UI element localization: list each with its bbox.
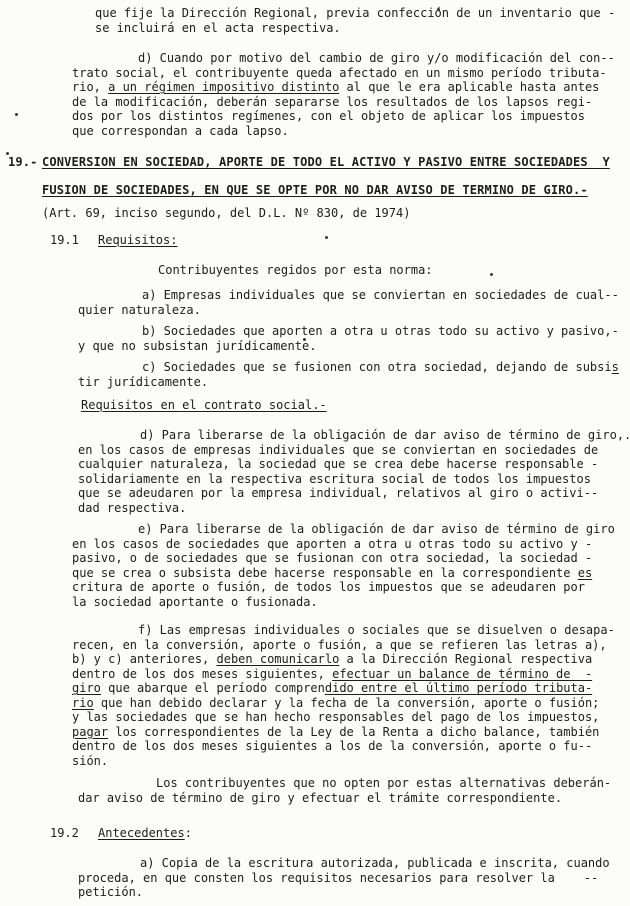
text-line: sión.: [72, 754, 615, 769]
subsection-19-2-heading: 19.2Antecedentes:: [98, 826, 192, 841]
text-line: en los casos de sociedades que aporten a…: [72, 537, 615, 552]
subsection-19-1-heading-number: 19.1: [50, 233, 79, 248]
scan-artifact: [325, 236, 328, 239]
text-line: que se adeudaren por la empresa individu…: [78, 486, 630, 501]
para-contribuyentes-regidos: Contribuyentes regidos por esta norma:: [78, 263, 433, 278]
text-line: solidariamente en la respectiva escritur…: [78, 472, 630, 487]
text-line: pasivo, o de sociedades que se fusionan …: [72, 551, 615, 566]
section-19-heading: 19.-CONVERSION EN SOCIEDAD, APORTE DE TO…: [42, 148, 610, 204]
text-line: Antecedentes:: [98, 826, 192, 841]
para-d-liberarse-empresas-individuales: d) Para liberarse de la obligación de da…: [78, 428, 630, 515]
text-line: Los contribuyentes que no opten por esta…: [78, 776, 611, 791]
text-line: f) Las empresas individuales o sociales …: [72, 623, 615, 638]
text-line: trato social, el contribuyente queda afe…: [72, 66, 615, 81]
scan-artifact: [15, 113, 18, 116]
para-f-empresas-disuelven: f) Las empresas individuales o sociales …: [72, 623, 615, 768]
text-line: proceda, en que consten los requisitos n…: [78, 871, 610, 886]
text-line: Requisitos en el contrato social.-: [81, 398, 327, 413]
text-line: dentro de los dos meses siguientes, efec…: [72, 667, 615, 682]
text-line: pagar los correspondientes de la Ley de …: [72, 725, 615, 740]
scan-artifact: [6, 152, 9, 155]
para-e-liberarse-sociedades: e) Para liberarse de la obligación de da…: [72, 522, 615, 609]
item-a-empresas-individuales: a) Empresas individuales que se conviert…: [78, 288, 619, 317]
text-line: en los casos de empresas individuales qu…: [78, 443, 630, 458]
text-line: Contribuyentes regidos por esta norma:: [78, 263, 433, 278]
text-line: de la modificación, deberán separarse lo…: [72, 95, 615, 110]
scan-artifact: [490, 273, 493, 276]
text-line: c) Sociedades que se fusionen con otra s…: [78, 360, 619, 375]
text-line: giro que abarque el período comprendido …: [72, 681, 615, 696]
text-line: la sociedad aportante o fusionada.: [72, 595, 615, 610]
item-b-sociedades-aporten: b) Sociedades que aporten a otra u otras…: [78, 324, 619, 353]
text-line: a) Empresas individuales que se conviert…: [78, 288, 619, 303]
text-line: y que no subsistan jurídicamente.: [78, 339, 619, 354]
text-line: se incluirá en el acta respectiva.: [95, 21, 615, 36]
subsection-19-1-heading: 19.1Requisitos:: [98, 233, 177, 248]
item-c-sociedades-fusionen: c) Sociedades que se fusionen con otra s…: [78, 360, 619, 389]
text-line: que fije la Dirección Regional, previa c…: [95, 6, 615, 21]
para-contribuyentes-no-opten: Los contribuyentes que no opten por esta…: [78, 776, 611, 805]
text-line: que correspondan a cada lapso.: [72, 124, 615, 139]
para-a-copia-escritura: a) Copia de la escritura autorizada, pub…: [78, 856, 610, 900]
text-line: b) y c) anteriores, deben comunicarlo a …: [72, 652, 615, 667]
text-line: dar aviso de término de giro y efectuar …: [78, 791, 611, 806]
text-line: CONVERSION EN SOCIEDAD, APORTE DE TODO E…: [42, 148, 610, 176]
text-line: dad respectiva.: [78, 501, 630, 516]
subsection-19-2-heading-number: 19.2: [50, 826, 79, 841]
para-d-cambio-de-giro: d) Cuando por motivo del cambio de giro …: [72, 51, 615, 138]
text-line: rio que han debido declarar y la fecha d…: [72, 696, 615, 711]
text-line: petición.: [78, 885, 610, 900]
text-line: critura de aporte o fusión, de todos los…: [72, 580, 615, 595]
text-line: recen, en la conversión, aporte o fusión…: [72, 638, 615, 653]
text-line: a) Copia de la escritura autorizada, pub…: [78, 856, 610, 871]
heading-requisitos-contrato-social: Requisitos en el contrato social.-: [81, 398, 327, 413]
text-line: dos por los distintos regímenes, con el …: [72, 109, 615, 124]
text-line: tir jurídicamente.: [78, 375, 619, 390]
text-line: y las sociedades que se han hecho respon…: [72, 710, 615, 725]
para-inventario-continuation: que fije la Dirección Regional, previa c…: [95, 6, 615, 35]
document-page: que fije la Dirección Regional, previa c…: [0, 0, 630, 906]
text-line: FUSION DE SOCIEDADES, EN QUE SE OPTE POR…: [42, 176, 610, 204]
text-line: quier naturaleza.: [78, 303, 619, 318]
text-line: que se crea o subsista debe hacerse resp…: [72, 566, 615, 581]
text-line: d) Para liberarse de la obligación de da…: [78, 428, 630, 443]
text-line: b) Sociedades que aporten a otra u otras…: [78, 324, 619, 339]
text-line: cualquier naturaleza, la sociedad que se…: [78, 457, 630, 472]
section-19-heading-number: 19.-: [8, 148, 38, 176]
text-line: dentro de los dos meses siguientes a los…: [72, 739, 615, 754]
scan-artifact: [437, 8, 440, 11]
text-line: e) Para liberarse de la obligación de da…: [72, 522, 615, 537]
section-19-legal-reference: (Art. 69, inciso segundo, del D.L. Nº 83…: [42, 206, 410, 221]
text-line: (Art. 69, inciso segundo, del D.L. Nº 83…: [42, 206, 410, 221]
text-line: rio, a un régimen impositivo distinto al…: [72, 80, 615, 95]
text-line: d) Cuando por motivo del cambio de giro …: [72, 51, 615, 66]
text-line: Requisitos:: [98, 233, 177, 248]
scan-artifact: [303, 338, 306, 341]
